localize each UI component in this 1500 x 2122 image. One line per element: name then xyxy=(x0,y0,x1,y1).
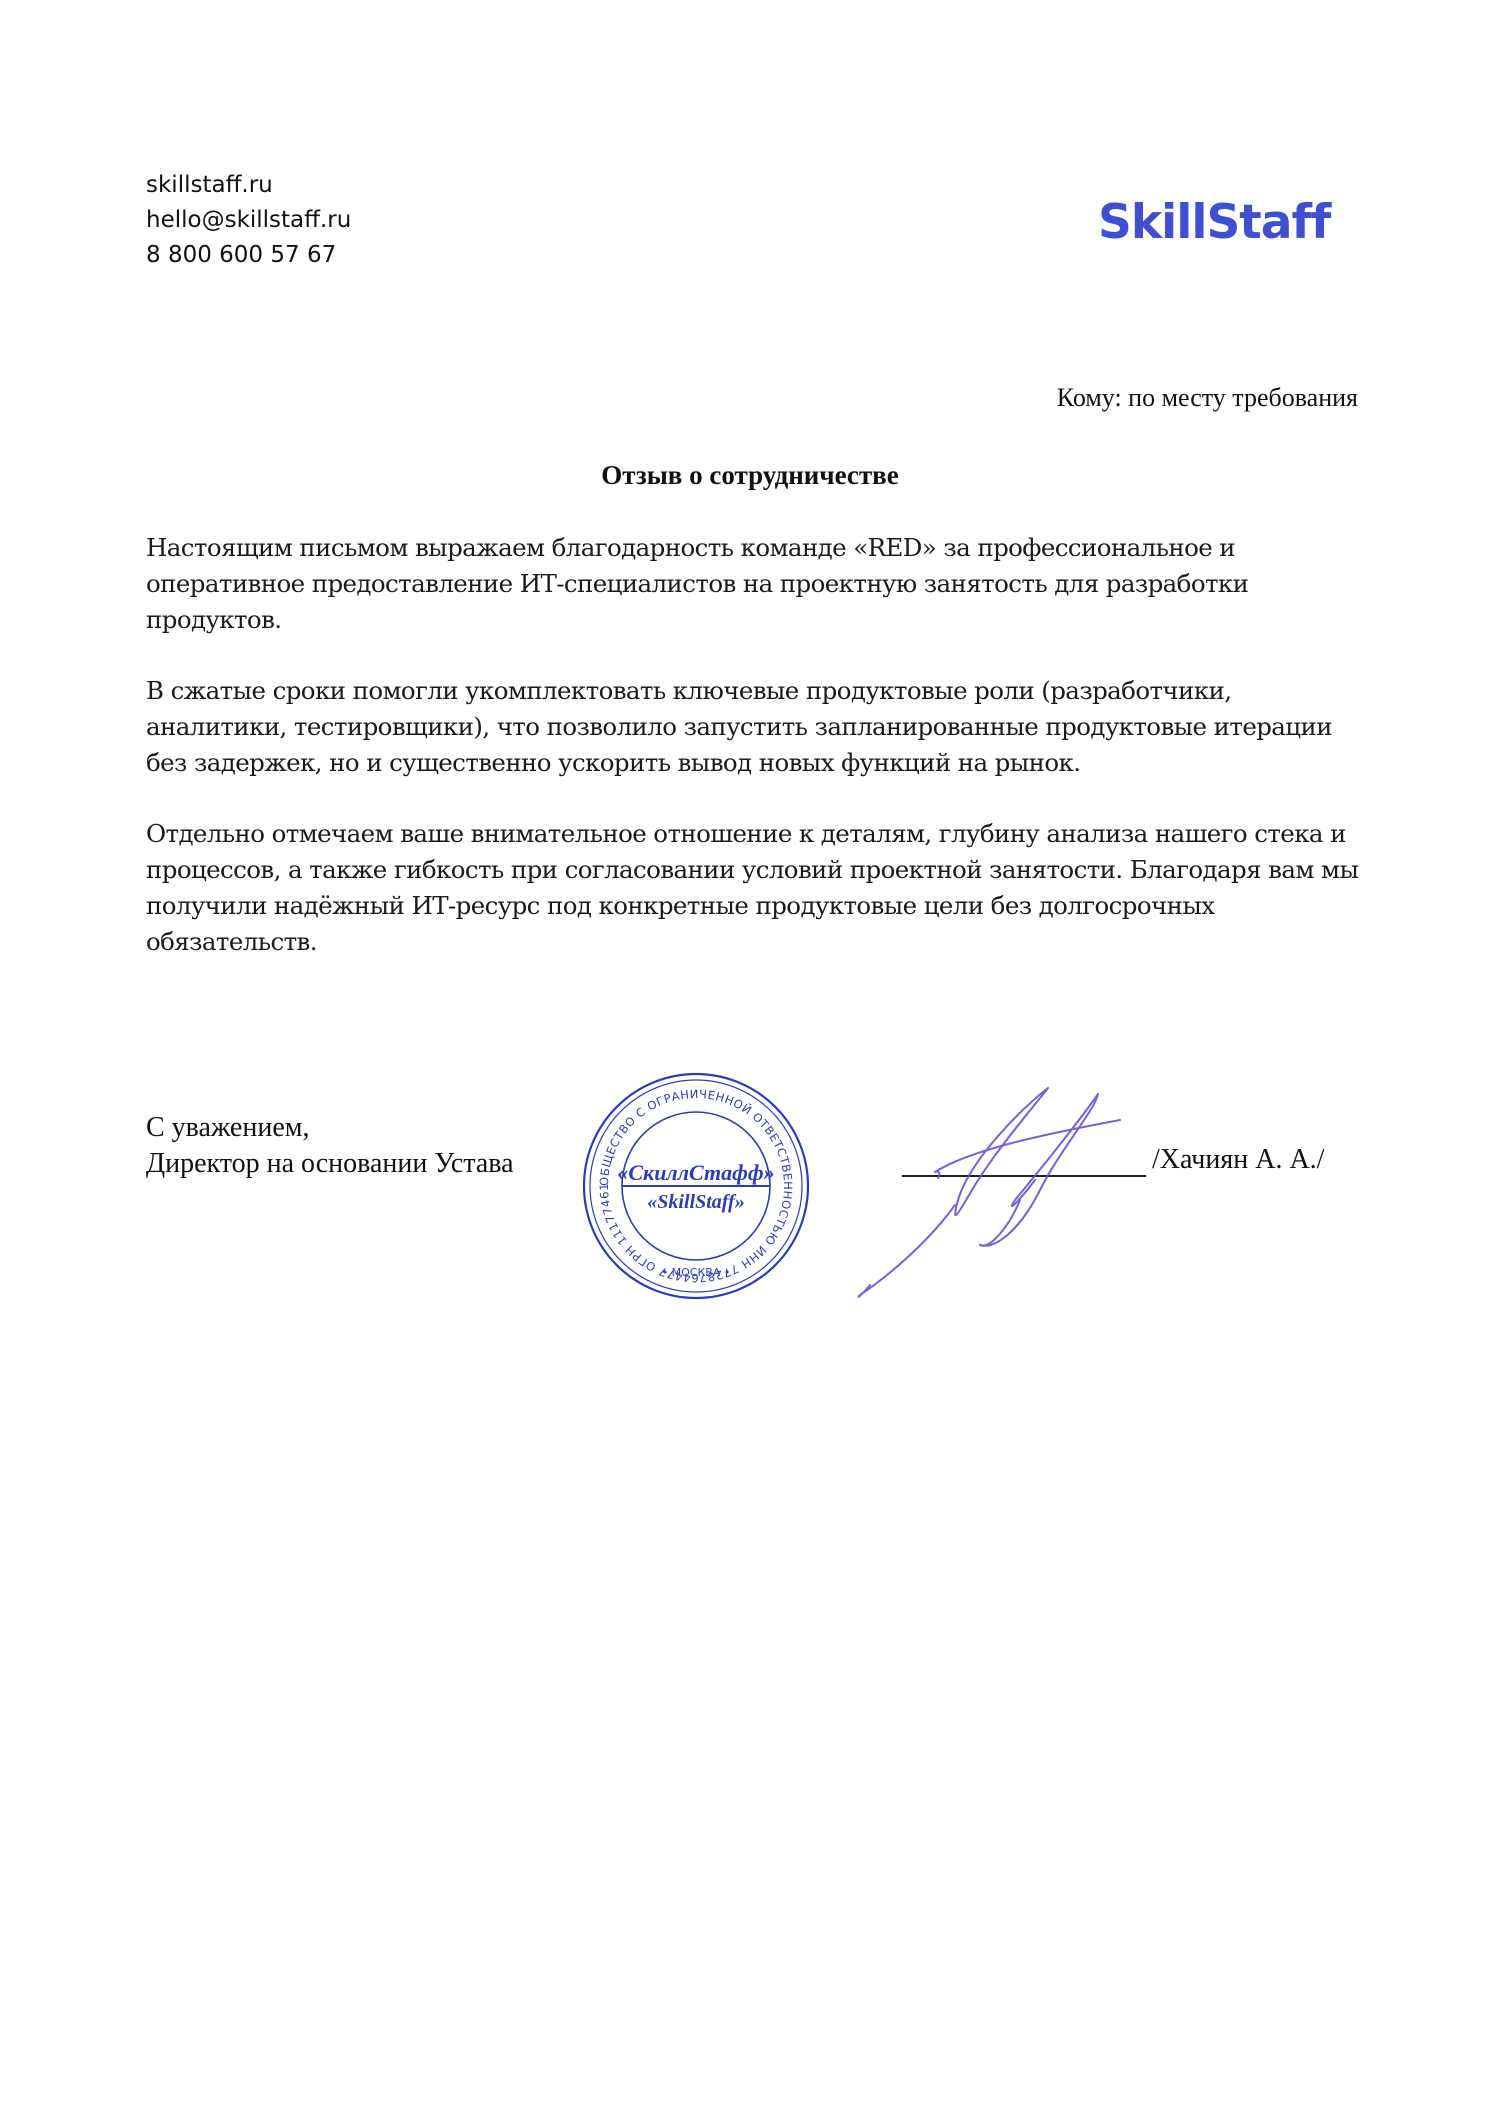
skillstaff-logo: SkillStaff xyxy=(1098,195,1330,251)
closing-block: С уважением, Директор на основании Устав… xyxy=(146,1110,514,1182)
closing-salutation: С уважением, xyxy=(146,1110,514,1146)
signer-position: Директор на основании Устава xyxy=(146,1146,514,1182)
contact-block: skillstaff.ru hello@skillstaff.ru 8 800 … xyxy=(146,168,351,273)
document-title: Отзыв о сотрудничестве xyxy=(0,460,1500,491)
stamp-name-ru: «СкиллСтафф» xyxy=(617,1160,774,1185)
paragraph-3: Отдельно отмечаем ваше внимательное отно… xyxy=(146,816,1376,960)
signer-name: /Хачиян А. А./ xyxy=(1152,1144,1324,1176)
email-text: hello@skillstaff.ru xyxy=(146,203,351,238)
paragraph-1: Настоящим письмом выражаем благодарность… xyxy=(146,530,1376,638)
letter-body: Настоящим письмом выражаем благодарность… xyxy=(146,530,1376,995)
stamp-city: • МОСКВА • xyxy=(662,1266,731,1279)
handwritten-signature-icon xyxy=(840,1080,1380,1340)
signature-line xyxy=(902,1175,1146,1177)
company-stamp-icon: ОБЩЕСТВО С ОГРАНИЧЕННОЙ ОТВЕТСТВЕННОСТЬЮ… xyxy=(578,1068,814,1304)
website-text: skillstaff.ru xyxy=(146,168,351,203)
recipient-line: Кому: по месту требования xyxy=(1057,383,1358,413)
paragraph-2: В сжатые сроки помогли укомплектовать кл… xyxy=(146,673,1376,781)
phone-text: 8 800 600 57 67 xyxy=(146,238,351,273)
stamp-name-en: «SkillStaff» xyxy=(647,1191,744,1213)
letter-page: skillstaff.ru hello@skillstaff.ru 8 800 … xyxy=(0,0,1500,2122)
